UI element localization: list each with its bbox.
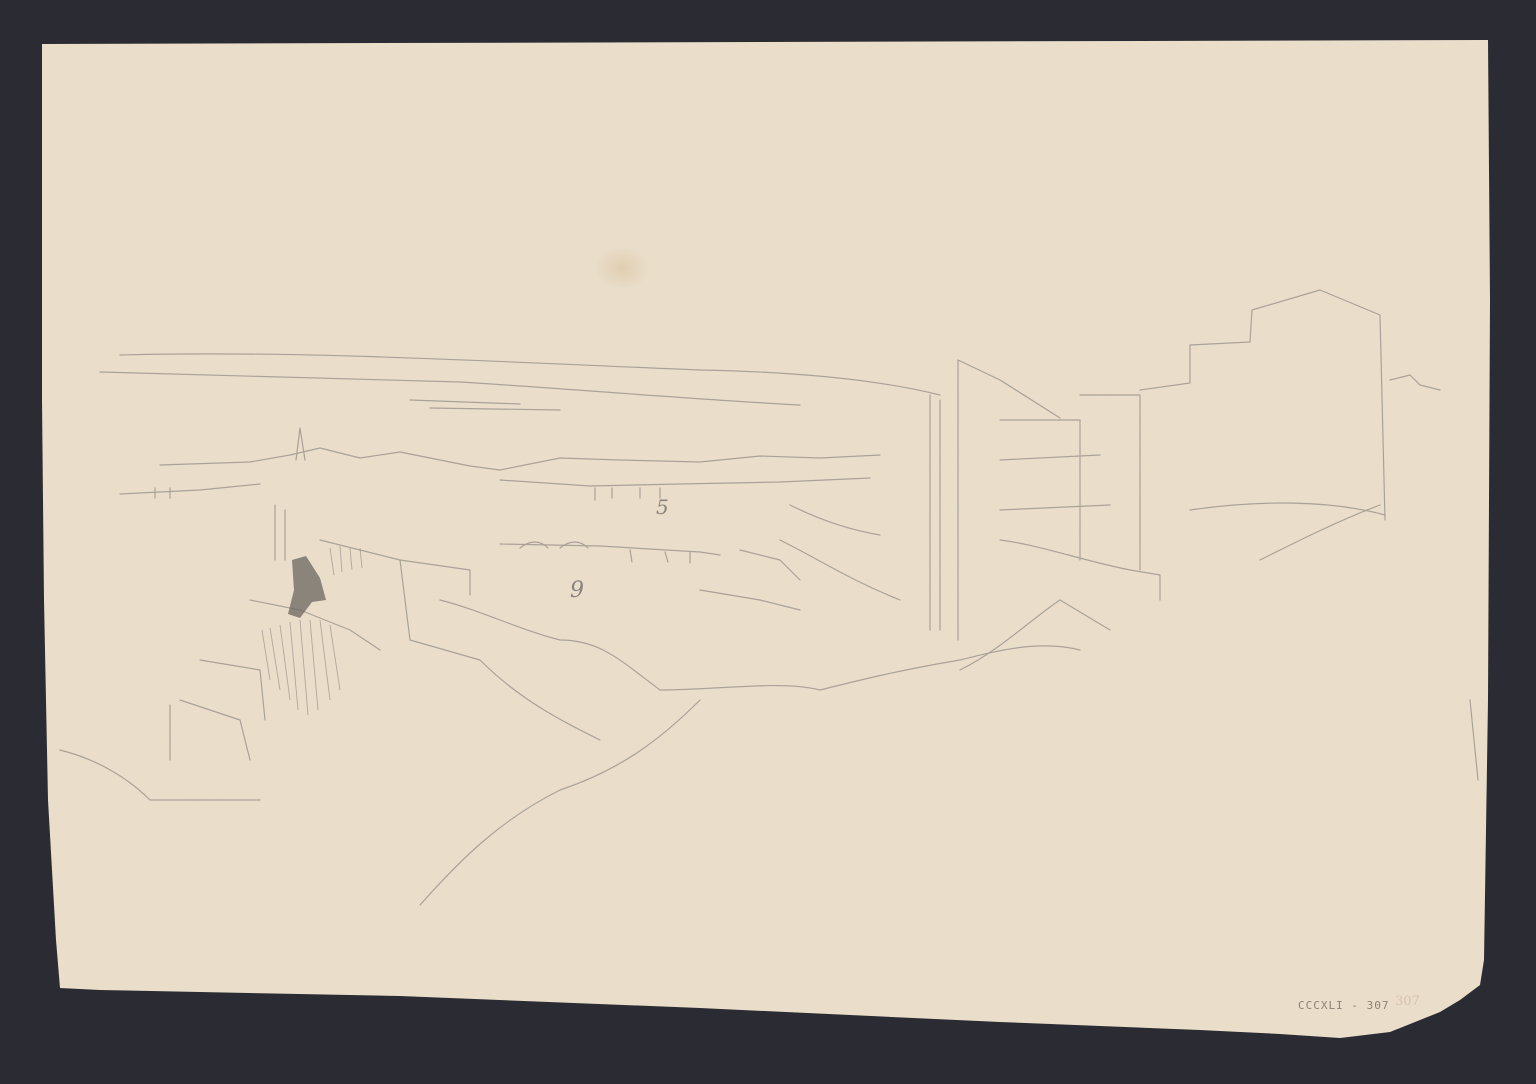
paper-stain (594, 246, 650, 290)
numeral-9: 9 (570, 578, 584, 603)
collection-stamp: CCCXLI - 307 (1298, 999, 1389, 1012)
sketch-canvas (0, 0, 1536, 1084)
faint-red-mark: 307 (1395, 994, 1420, 1009)
artwork-scan: 5 9 CCCXLI - 307 307 (0, 0, 1536, 1084)
numeral-5: 5 (656, 495, 669, 519)
